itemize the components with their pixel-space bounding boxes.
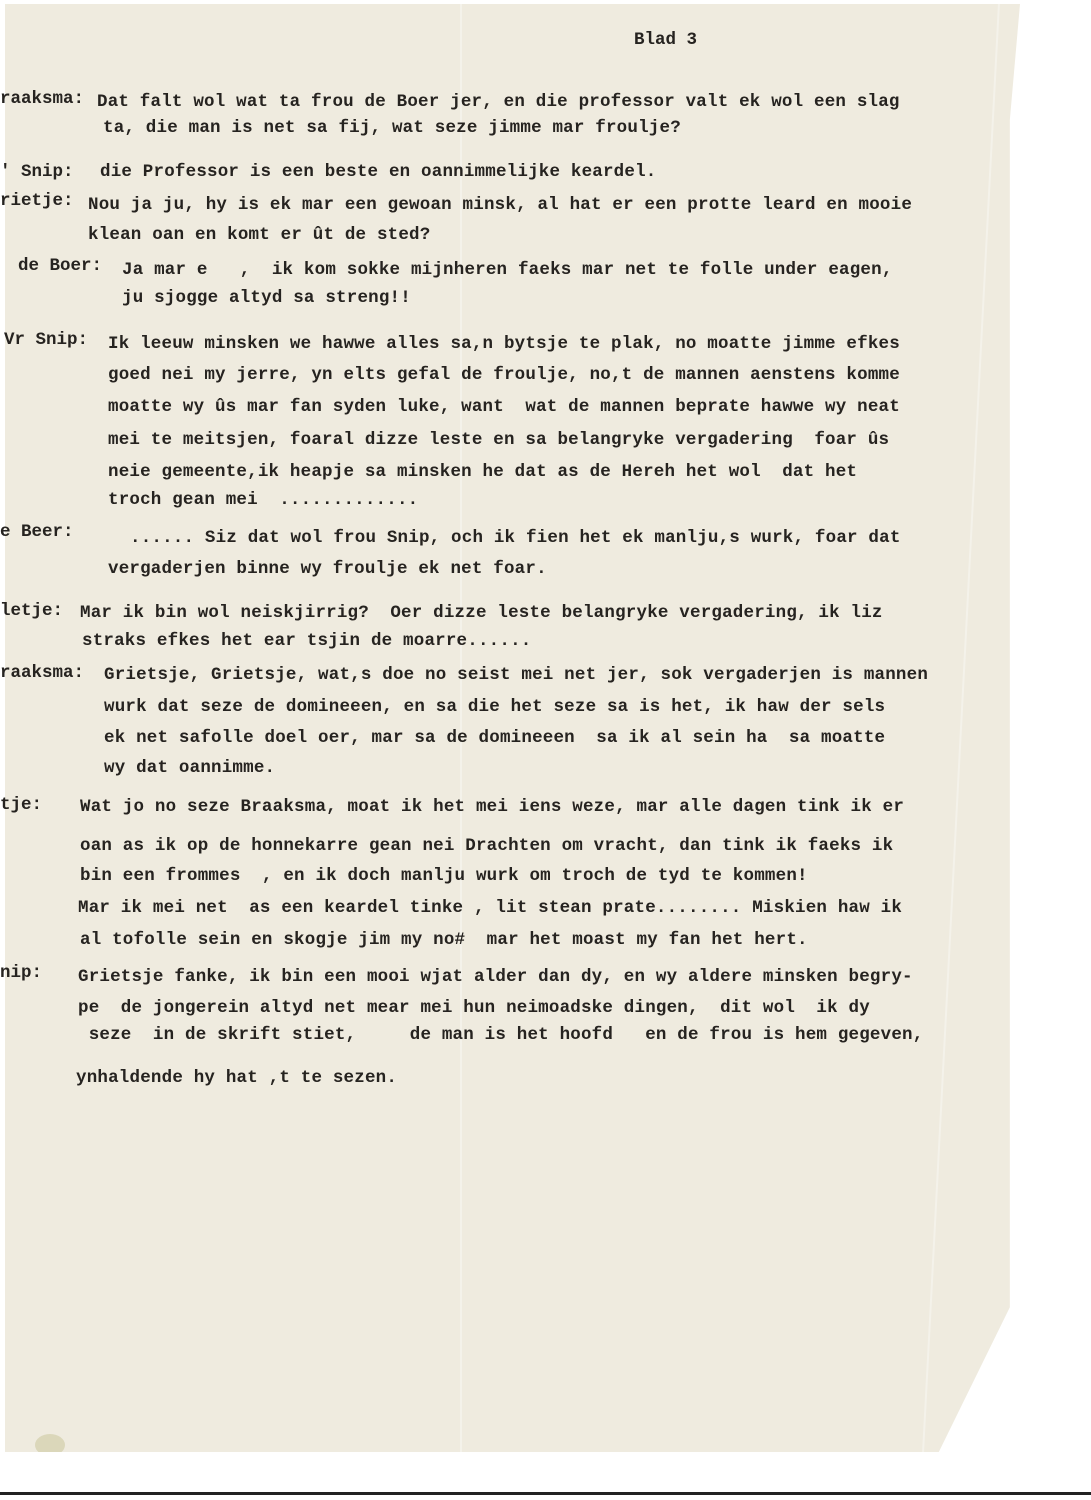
speaker-label: raaksma: (0, 663, 84, 683)
dialogue-line: al tofolle sein en skogje jim my no# mar… (80, 930, 808, 950)
dialogue-line: Ik leeuw minsken we hawwe alles sa,n byt… (108, 334, 900, 354)
dialogue-line: wy dat oannimme. (104, 758, 275, 778)
dialogue-line: goed nei my jerre, yn elts gefal de frou… (108, 365, 900, 385)
speaker-label: nip: (0, 963, 42, 983)
page-number: Blad 3 (634, 30, 697, 50)
dialogue-line: Nou ja ju, hy is ek mar een gewoan minsk… (88, 195, 912, 215)
paper-crease (922, 4, 1000, 1452)
dialogue-line: ta, die man is net sa fij, wat seze jimm… (103, 118, 681, 138)
dialogue-line: troch gean mei ............. (108, 490, 418, 510)
dialogue-line: die Professor is een beste en oannimmeli… (100, 162, 657, 182)
scan-edge-line (0, 1492, 1091, 1495)
dialogue-line: Wat jo no seze Braaksma, moat ik het mei… (80, 797, 904, 817)
dialogue-line: klean oan en komt er ût de sted? (88, 225, 430, 245)
dialogue-line: Grietsje fanke, ik bin een mooi wjat ald… (78, 967, 913, 987)
dialogue-line: Mar ik mei net as een keardel tinke , li… (78, 898, 902, 918)
dialogue-line: ynhaldende hy hat ,t te sezen. (76, 1068, 397, 1088)
speaker-label: raaksma: (0, 89, 84, 109)
dialogue-line: ek net safolle doel oer, mar sa de domin… (104, 728, 885, 748)
dialogue-line: vergaderjen binne wy froulje ek net foar… (108, 559, 547, 579)
dialogue-line: neie gemeente,ik heapje sa minsken he da… (108, 462, 857, 482)
dialogue-line: seze in de skrift stiet, de man is het h… (78, 1025, 923, 1045)
speaker-label: de Boer: (18, 256, 102, 276)
dialogue-line: straks efkes het ear tsjin de moarre....… (82, 631, 531, 651)
dialogue-line: moatte wy ûs mar fan syden luke, want wa… (108, 397, 900, 417)
speaker-label: rietje: (0, 191, 74, 211)
dialogue-line: Mar ik bin wol neiskjirrig? Oer dizze le… (80, 603, 883, 623)
speaker-label: letje: (0, 601, 63, 621)
dialogue-line: oan as ik op de honnekarre gean nei Drac… (80, 836, 893, 856)
speaker-label: Vr Snip: (4, 330, 88, 350)
speaker-label: tje: (0, 795, 42, 815)
dialogue-line: pe de jongerein altyd net mear mei hun n… (78, 998, 870, 1018)
dialogue-line: Dat falt wol wat ta frou de Boer jer, en… (97, 92, 900, 112)
dialogue-line: bin een frommes , en ik doch manlju wurk… (80, 866, 808, 886)
dialogue-line: mei te meitsjen, foaral dizze leste en s… (108, 430, 889, 450)
dialogue-line: ...... Siz dat wol frou Snip, och ik fie… (130, 528, 901, 548)
dialogue-line: Ja mar e , ik kom sokke mijnheren faeks … (122, 260, 893, 280)
dialogue-line: Grietsje, Grietsje, wat,s doe no seist m… (104, 665, 928, 685)
dialogue-line: ju sjogge altyd sa streng!! (122, 288, 411, 308)
dialogue-line: wurk dat seze de domineeen, en sa die he… (104, 697, 885, 717)
speaker-label: e Beer: (0, 522, 74, 542)
paper-stain (35, 1434, 65, 1456)
speaker-label: ' Snip: (0, 162, 74, 182)
